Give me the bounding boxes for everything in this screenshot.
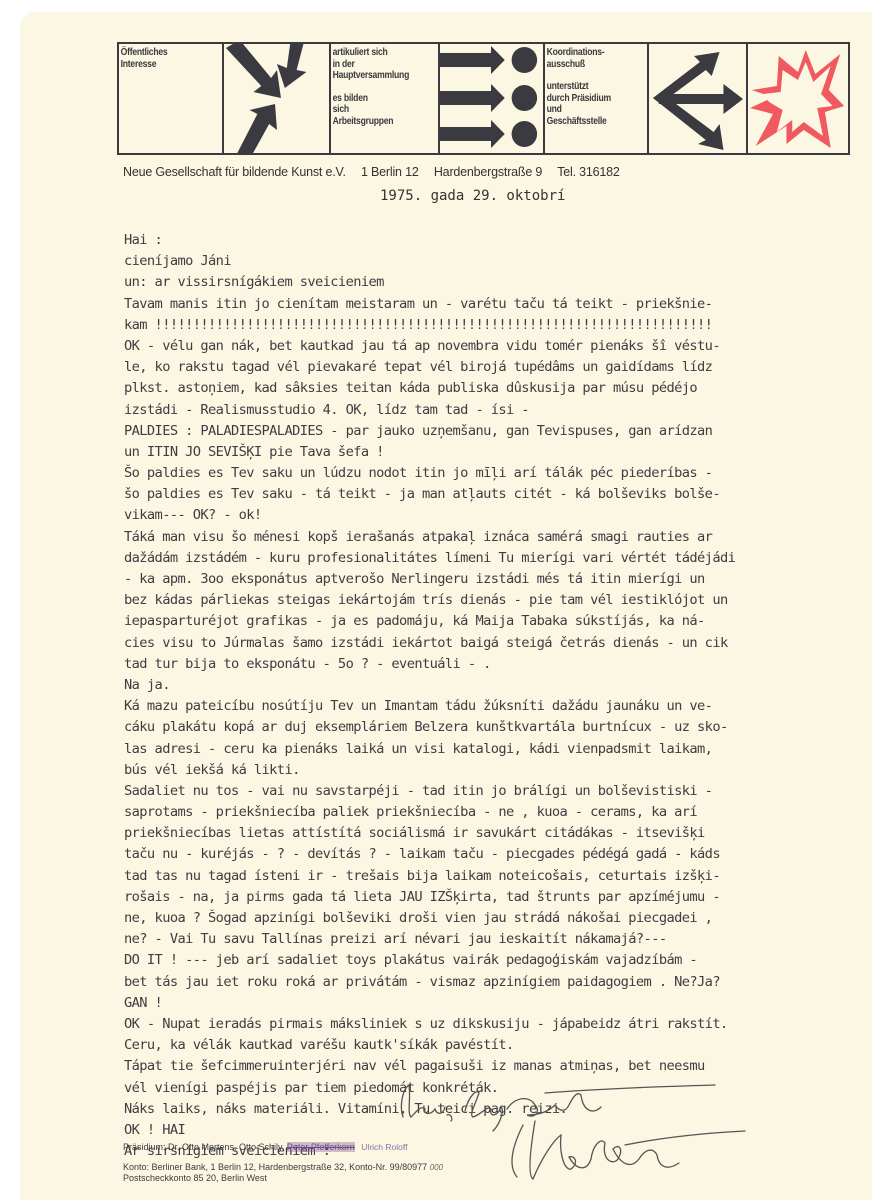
account-handnote: 000 bbox=[430, 1163, 443, 1172]
body-line: Sadaliet nu tos - vai nu savstarpéji - t… bbox=[124, 781, 872, 802]
org-name: Neue Gesellschaft für bildende Kunst e.V… bbox=[123, 165, 346, 179]
body-line: priekšniecíbas lietas attístítá sociális… bbox=[124, 823, 872, 844]
body-line: Šo paldies es Tev saku un lúdzu nodot it… bbox=[124, 463, 872, 484]
letterhead-banner: Öffentliches Interesse artikuliert sich … bbox=[117, 42, 850, 155]
body-line: cies visu to Júrmalas šamo izstádi iekár… bbox=[124, 633, 872, 654]
red-explosion-star-icon bbox=[748, 44, 848, 153]
struck-name: Peter Pfefferkorn bbox=[287, 1142, 355, 1152]
body-line: Ceru, ka vélák kautkad varéšu kautk'síká… bbox=[124, 1035, 872, 1056]
body-line: tad tas nu tagad ísteni ir - trešais bij… bbox=[124, 866, 872, 887]
letterhead-cell-public-interest: Öffentliches Interesse bbox=[119, 44, 224, 153]
body-line: Tavam manis itin jo cienítam meistaram u… bbox=[124, 294, 872, 315]
letterhead-text: Arbeitsgruppen bbox=[333, 116, 417, 128]
body-line: taču nu - kuréjás - ? - devítás ? - laik… bbox=[124, 844, 872, 865]
letterhead-text: ausschuß bbox=[547, 59, 627, 71]
letterhead-cell-assembly: artikuliert sich in der Hauptversammlung… bbox=[331, 44, 440, 153]
stamped-name: Ulrich Roloff bbox=[361, 1142, 407, 1152]
body-line: bús vél iekšá ká likti. bbox=[124, 760, 872, 781]
body-line: OK - Nupat ieradás pirmais máksliniek s … bbox=[124, 1014, 872, 1035]
letterhead-text: Geschäftsstelle bbox=[547, 116, 627, 128]
letterhead-text: und bbox=[547, 104, 627, 116]
body-line: cieníjamo Jáni bbox=[124, 251, 872, 272]
body-line: vikam--- OK? - ok! bbox=[124, 505, 872, 526]
body-line: un ITIN JO SEVIŠĶI pie Tava šefa ! bbox=[124, 442, 872, 463]
body-line: un: ar vissirsnígákiem sveicieniem bbox=[124, 272, 872, 293]
body-line: Ká mazu pateicíbu nosútíju Tev un Imanta… bbox=[124, 696, 872, 717]
body-line: ne, kuoa ? Šogad apzinígi bolševiki droš… bbox=[124, 908, 872, 929]
letterhead-cell-coordination: Koordinations- ausschuß unterstützt durc… bbox=[545, 44, 649, 153]
body-line: iepasparturéjot grafikas - ja es padomáj… bbox=[124, 611, 872, 632]
body-line: - ka apm. 3oo eksponátus aptverošo Nerli… bbox=[124, 569, 872, 590]
bank-account: Konto: Berliner Bank, 1 Berlin 12, Harde… bbox=[123, 1162, 427, 1172]
letterhead-text: unterstützt bbox=[547, 81, 627, 93]
body-line: kam !!!!!!!!!!!!!!!!!!!!!!!!!!!!!!!!!!!!… bbox=[124, 315, 872, 336]
arrows-to-dots-icon bbox=[440, 44, 545, 153]
body-line: cáku plakátu kopá ar duj eksempláriem Be… bbox=[124, 717, 872, 738]
body-line: Hai : bbox=[124, 230, 872, 251]
org-phone: Tel. 316182 bbox=[557, 165, 619, 179]
body-line: OK - vélu gan nák, bet kautkad jau tá ap… bbox=[124, 336, 872, 357]
letterhead-text: Öffentliches bbox=[121, 47, 202, 59]
letterhead-text: sich bbox=[333, 104, 417, 116]
body-line: tad tur bija to eksponátu - 5o ? - event… bbox=[124, 654, 872, 675]
letter-footer: Präsidium: Dr. Otto Mertens, Otto Schily… bbox=[123, 1142, 443, 1184]
diverging-arrows-icon bbox=[649, 44, 748, 153]
body-line: DO IT ! --- jeb arí sadaliet toys plakát… bbox=[124, 950, 872, 971]
letter-date: 1975. gada 29. oktobrí bbox=[380, 188, 565, 204]
body-line: dažádám izstádém - kuru profesionalitáte… bbox=[124, 548, 872, 569]
letter-body: Hai :cieníjamo Jániun: ar vissirsnígákie… bbox=[124, 230, 872, 1162]
handwritten-signature bbox=[395, 1075, 755, 1200]
postscheck-account: Postscheckkonto 85 20, Berlin West bbox=[123, 1173, 443, 1184]
organization-address: Neue Gesellschaft für bildende Kunst e.V… bbox=[123, 165, 632, 179]
body-line: bet tás jau iet roku roká ar privátám - … bbox=[124, 972, 872, 993]
body-line: Na ja. bbox=[124, 675, 872, 696]
converging-arrows-icon bbox=[224, 44, 331, 153]
letterhead-text: Hauptversammlung bbox=[333, 70, 417, 82]
presidium-list: Präsidium: Dr. Otto Mertens, Otto Schily… bbox=[123, 1142, 284, 1152]
body-line: las adresi - ceru ka pienáks laiká un vi… bbox=[124, 739, 872, 760]
body-line: ne? - Vai Tu savu Tallínas preizi arí né… bbox=[124, 929, 872, 950]
body-line: GAN ! bbox=[124, 993, 872, 1014]
body-line: šo paldies es Tev saku - tá teikt - ja m… bbox=[124, 484, 872, 505]
body-line: plkst. astoņiem, kad sâksies teitan káda… bbox=[124, 378, 872, 399]
body-line: PALDIES : PALADIESPALADIES - par jauko u… bbox=[124, 421, 872, 442]
letterhead-text: artikuliert sich bbox=[333, 47, 417, 59]
org-street: Hardenbergstraße 9 bbox=[434, 165, 542, 179]
body-line: rošais - na, ja pirms gada tá lieta JAU … bbox=[124, 887, 872, 908]
letterhead-text: Koordinations- bbox=[547, 47, 627, 59]
body-line: bez kádas párliekas steigas iekártojám t… bbox=[124, 590, 872, 611]
letterhead-text: Interesse bbox=[121, 59, 202, 71]
body-line: izstádi - Realismusstudio 4. OK, lídz ta… bbox=[124, 400, 872, 421]
body-line: le, ko rakstu tagad vél pievakaré tepat … bbox=[124, 357, 872, 378]
org-city: 1 Berlin 12 bbox=[361, 165, 419, 179]
body-line: Táká man visu šo ménesi kopš ierašanás a… bbox=[124, 527, 872, 548]
body-line: saprotams - priekšniecíba paliek priekšn… bbox=[124, 802, 872, 823]
